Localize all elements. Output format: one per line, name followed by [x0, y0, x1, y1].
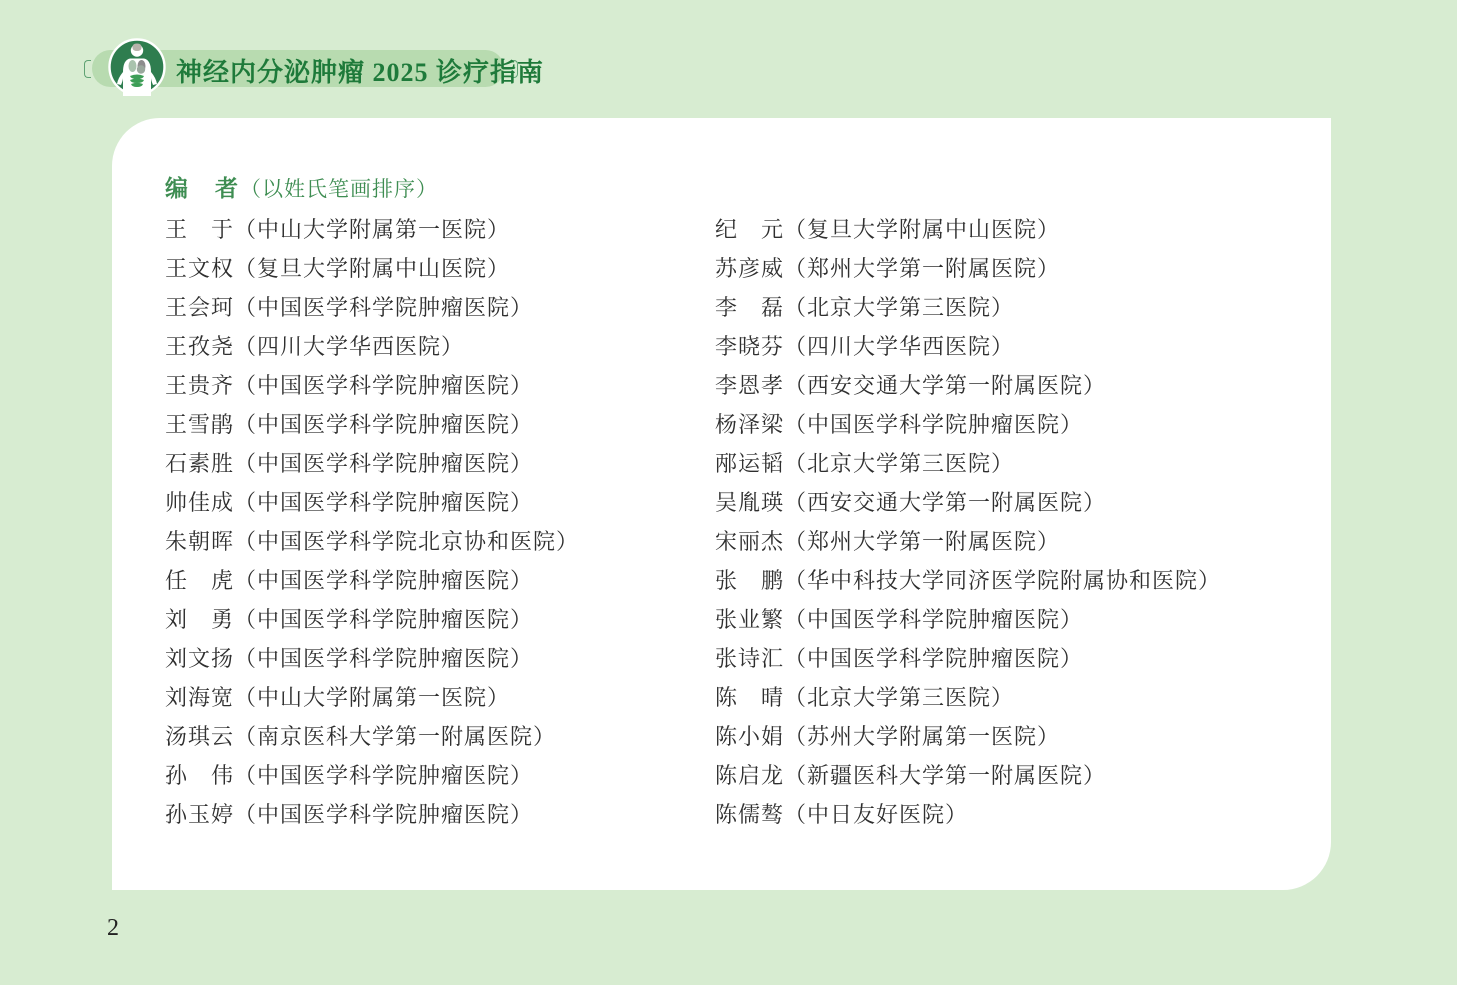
section-title-note: （以姓氏笔画排序）: [240, 177, 438, 201]
editor-hospital: （中国医学科学院肿瘤医院）: [784, 408, 1083, 439]
editor-name: 任 虎: [165, 564, 234, 595]
decorative-left-bracket: [84, 60, 91, 78]
editor-row: 李晓芬（四川大学华西医院）: [715, 326, 1221, 365]
guide-title: 神经内分泌肿瘤 2025 诊疗指南: [176, 52, 544, 89]
editor-name: 陈 晴: [715, 681, 784, 712]
editor-name: 汤琪云: [165, 720, 234, 751]
editor-column-right: 纪 元（复旦大学附属中山医院）苏彦威（郑州大学第一附属医院）李 磊（北京大学第三…: [715, 209, 1221, 833]
editor-row: 吴胤瑛（西安交通大学第一附属医院）: [715, 482, 1221, 521]
editor-row: 刘文扬（中国医学科学院肿瘤医院）: [165, 638, 579, 677]
editor-row: 邴运韬（北京大学第三医院）: [715, 443, 1221, 482]
editor-hospital: （中国医学科学院肿瘤医院）: [234, 369, 533, 400]
editor-name: 刘 勇: [165, 603, 234, 634]
editor-row: 王贵齐（中国医学科学院肿瘤医院）: [165, 365, 579, 404]
content-card: 编 者（以姓氏笔画排序） 王 于（中山大学附属第一医院）王文权（复旦大学附属中山…: [112, 118, 1331, 890]
editor-name: 王会珂: [165, 291, 234, 322]
editor-name: 王 于: [165, 213, 234, 244]
editor-name: 张业繁: [715, 603, 784, 634]
editor-name: 王雪鹃: [165, 408, 234, 439]
editor-name: 刘文扬: [165, 642, 234, 673]
editor-hospital: （复旦大学附属中山医院）: [784, 213, 1060, 244]
editor-row: 朱朝晖（中国医学科学院北京协和医院）: [165, 521, 579, 560]
editor-hospital: （苏州大学附属第一医院）: [784, 720, 1060, 751]
editor-name: 苏彦威: [715, 252, 784, 283]
editor-hospital: （中日友好医院）: [784, 798, 968, 829]
editor-name: 邴运韬: [715, 447, 784, 478]
editor-hospital: （西安交通大学第一附属医院）: [784, 369, 1106, 400]
editor-hospital: （中国医学科学院肿瘤医院）: [234, 408, 533, 439]
editor-column-left: 王 于（中山大学附属第一医院）王文权（复旦大学附属中山医院）王会珂（中国医学科学…: [165, 209, 579, 833]
editor-hospital: （中山大学附属第一医院）: [234, 213, 510, 244]
editor-name: 王贵齐: [165, 369, 234, 400]
editor-row: 王孜尧（四川大学华西医院）: [165, 326, 579, 365]
page-number: 2: [107, 915, 119, 942]
editor-row: 李 磊（北京大学第三医院）: [715, 287, 1221, 326]
editor-row: 李恩孝（西安交通大学第一附属医院）: [715, 365, 1221, 404]
editor-hospital: （中国医学科学院肿瘤医院）: [234, 486, 533, 517]
section-title: 编 者（以姓氏笔画排序）: [165, 170, 438, 203]
editor-name: 刘海宽: [165, 681, 234, 712]
editor-name: 石素胜: [165, 447, 234, 478]
editor-row: 刘 勇（中国医学科学院肿瘤医院）: [165, 599, 579, 638]
editor-hospital: （中国医学科学院肿瘤医院）: [234, 447, 533, 478]
editor-hospital: （北京大学第三医院）: [784, 291, 1014, 322]
editor-name: 帅佳成: [165, 486, 234, 517]
editor-row: 任 虎（中国医学科学院肿瘤医院）: [165, 560, 579, 599]
editor-name: 李 磊: [715, 291, 784, 322]
editor-row: 纪 元（复旦大学附属中山医院）: [715, 209, 1221, 248]
editor-row: 刘海宽（中山大学附属第一医院）: [165, 677, 579, 716]
editor-hospital: （四川大学华西医院）: [784, 330, 1014, 361]
editor-name: 宋丽杰: [715, 525, 784, 556]
editor-hospital: （中国医学科学院肿瘤医院）: [234, 603, 533, 634]
editor-row: 孙 伟（中国医学科学院肿瘤医院）: [165, 755, 579, 794]
editor-hospital: （华中科技大学同济医学院附属协和医院）: [784, 564, 1221, 595]
editor-hospital: （北京大学第三医院）: [784, 681, 1014, 712]
editor-row: 陈启龙（新疆医科大学第一附属医院）: [715, 755, 1221, 794]
editor-hospital: （中国医学科学院肿瘤医院）: [234, 798, 533, 829]
editor-hospital: （新疆医科大学第一附属医院）: [784, 759, 1106, 790]
editor-hospital: （西安交通大学第一附属医院）: [784, 486, 1106, 517]
editor-name: 张 鹏: [715, 564, 784, 595]
editor-name: 朱朝晖: [165, 525, 234, 556]
editor-name: 杨泽梁: [715, 408, 784, 439]
editor-hospital: （中国医学科学院肿瘤医院）: [234, 759, 533, 790]
editor-name: 陈启龙: [715, 759, 784, 790]
editor-hospital: （北京大学第三医院）: [784, 447, 1014, 478]
editor-row: 宋丽杰（郑州大学第一附属医院）: [715, 521, 1221, 560]
editor-hospital: （中国医学科学院肿瘤医院）: [234, 291, 533, 322]
editor-hospital: （郑州大学第一附属医院）: [784, 252, 1060, 283]
editor-hospital: （四川大学华西医院）: [234, 330, 464, 361]
editor-row: 汤琪云（南京医科大学第一附属医院）: [165, 716, 579, 755]
editor-row: 陈儒骜（中日友好医院）: [715, 794, 1221, 833]
editor-name: 王文权: [165, 252, 234, 283]
editor-hospital: （南京医科大学第一附属医院）: [234, 720, 556, 751]
editor-name: 陈小娟: [715, 720, 784, 751]
section-title-label: 编 者: [165, 176, 240, 201]
editor-name: 张诗汇: [715, 642, 784, 673]
editor-name: 孙 伟: [165, 759, 234, 790]
anatomy-figure-icon: [108, 38, 166, 96]
editor-name: 吴胤瑛: [715, 486, 784, 517]
editor-name: 李晓芬: [715, 330, 784, 361]
editor-hospital: （复旦大学附属中山医院）: [234, 252, 510, 283]
editor-row: 石素胜（中国医学科学院肿瘤医院）: [165, 443, 579, 482]
editor-hospital: （中国医学科学院北京协和医院）: [234, 525, 579, 556]
editor-name: 孙玉婷: [165, 798, 234, 829]
editor-hospital: （郑州大学第一附属医院）: [784, 525, 1060, 556]
editor-row: 陈小娟（苏州大学附属第一医院）: [715, 716, 1221, 755]
editor-hospital: （中国医学科学院肿瘤医院）: [784, 603, 1083, 634]
editor-name: 陈儒骜: [715, 798, 784, 829]
editor-row: 张 鹏（华中科技大学同济医学院附属协和医院）: [715, 560, 1221, 599]
editor-row: 王会珂（中国医学科学院肿瘤医院）: [165, 287, 579, 326]
editor-row: 张诗汇（中国医学科学院肿瘤医院）: [715, 638, 1221, 677]
editor-name: 王孜尧: [165, 330, 234, 361]
editor-row: 帅佳成（中国医学科学院肿瘤医院）: [165, 482, 579, 521]
editor-hospital: （中国医学科学院肿瘤医院）: [234, 642, 533, 673]
editor-hospital: （中山大学附属第一医院）: [234, 681, 510, 712]
editor-row: 王雪鹃（中国医学科学院肿瘤医院）: [165, 404, 579, 443]
editor-row: 王 于（中山大学附属第一医院）: [165, 209, 579, 248]
editor-row: 张业繁（中国医学科学院肿瘤医院）: [715, 599, 1221, 638]
editor-row: 王文权（复旦大学附属中山医院）: [165, 248, 579, 287]
editor-row: 孙玉婷（中国医学科学院肿瘤医院）: [165, 794, 579, 833]
editor-row: 陈 晴（北京大学第三医院）: [715, 677, 1221, 716]
header-band: 神经内分泌肿瘤 2025 诊疗指南: [84, 48, 584, 92]
editor-row: 苏彦威（郑州大学第一附属医院）: [715, 248, 1221, 287]
editor-name: 纪 元: [715, 213, 784, 244]
editor-name: 李恩孝: [715, 369, 784, 400]
editor-hospital: （中国医学科学院肿瘤医院）: [784, 642, 1083, 673]
editor-hospital: （中国医学科学院肿瘤医院）: [234, 564, 533, 595]
editor-row: 杨泽梁（中国医学科学院肿瘤医院）: [715, 404, 1221, 443]
